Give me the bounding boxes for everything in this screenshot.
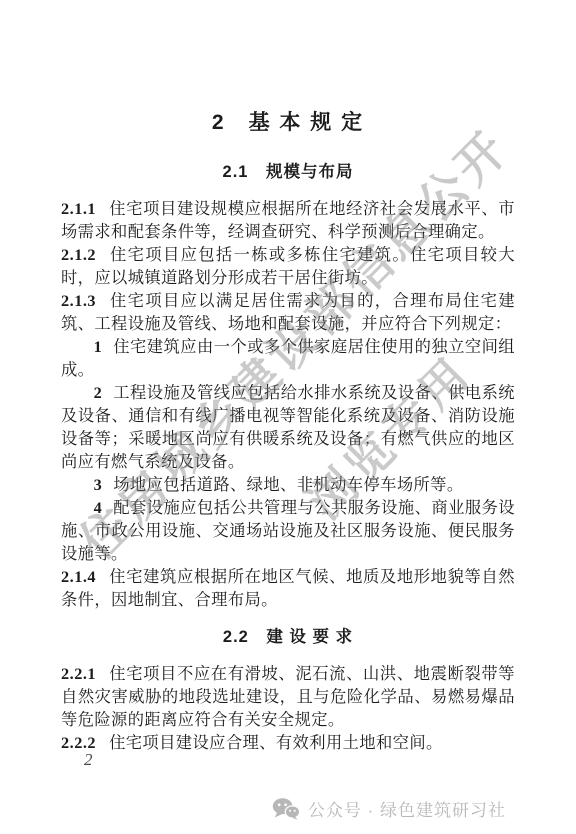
subitem-text: 配套设施应包括公共管理与公共服务设施、商业服务设施、市政公用设施、交通场站设施及… [61, 498, 515, 563]
subitem-text: 住宅建筑应由一个或多个供家庭居住使用的独立空间组成。 [61, 337, 515, 379]
clause-number: 2.1.3 [61, 291, 96, 310]
section-heading-2-1: 2.1 规模与布局 [61, 160, 515, 184]
subitem-text: 场地应包括道路、绿地、非机动车停车场所等。 [113, 475, 463, 494]
chapter-title: 2 基 本 规 定 [61, 108, 515, 138]
subitem-1: 1住宅建筑应由一个或多个供家庭居住使用的独立空间组成。 [61, 335, 515, 381]
clause-text: 住宅项目不应在有滑坡、泥石流、山洪、地震断裂带等自然灾害威胁的地段选址建设，且与… [61, 664, 515, 729]
clause-number: 2.1.2 [61, 245, 96, 264]
document-page: 住房城乡建设部信息公开 浏览专用 2 基 本 规 定 2.1 规模与布局 2.1… [0, 0, 576, 834]
clause-2-1-3: 2.1.3住宅项目应以满足居住需求为目的，合理布局住宅建筑、工程设施及管线、场地… [61, 289, 515, 335]
wechat-icon [272, 797, 300, 820]
subitem-2: 2工程设施及管线应包括给水排水系统及设备、供电系统及设备、通信和有线广播电视等智… [61, 381, 515, 473]
subitem-number: 3 [94, 475, 103, 494]
clause-text: 住宅项目建设应合理、有效利用土地和空间。 [109, 733, 443, 752]
document-content: 2 基 本 规 定 2.1 规模与布局 2.1.1住宅项目建设规模应根据所在地经… [61, 108, 515, 754]
subitem-text: 工程设施及管线应包括给水排水系统及设备、供电系统及设备、通信和有线广播电视等智能… [61, 383, 515, 471]
subitem-number: 1 [94, 337, 103, 356]
clause-text: 住宅项目应包括一栋或多栋住宅建筑。住宅项目较大时，应以城镇道路划分形成若干居住街… [61, 245, 515, 287]
clause-2-1-1: 2.1.1住宅项目建设规模应根据所在地经济社会发展水平、市场需求和配套条件等，经… [61, 197, 515, 243]
subitem-number: 2 [94, 383, 103, 402]
section-heading-2-2: 2.2 建 设 要 求 [61, 625, 515, 649]
page-number: 2 [84, 750, 93, 770]
clause-number: 2.1.4 [61, 567, 96, 586]
clause-text: 住宅建筑应根据所在地区气候、地质及地形地貌等自然条件，因地制宜、合理布局。 [61, 567, 515, 609]
clause-2-2-1: 2.2.1住宅项目不应在有滑坡、泥石流、山洪、地震断裂带等自然灾害威胁的地段选址… [61, 662, 515, 731]
subitem-number: 4 [94, 498, 103, 517]
footer-account-text: 公众号 · 绿色建筑研习社 [308, 796, 506, 821]
clause-number: 2.2.1 [61, 664, 96, 683]
clause-2-1-2: 2.1.2住宅项目应包括一栋或多栋住宅建筑。住宅项目较大时，应以城镇道路划分形成… [61, 243, 515, 289]
clause-text: 住宅项目应以满足居住需求为目的，合理布局住宅建筑、工程设施及管线、场地和配套设施… [61, 291, 515, 333]
clause-number: 2.1.1 [61, 199, 96, 218]
clause-2-1-4: 2.1.4住宅建筑应根据所在地区气候、地质及地形地貌等自然条件，因地制宜、合理布… [61, 565, 515, 611]
clause-2-2-2: 2.2.2住宅项目建设应合理、有效利用土地和空间。 [61, 731, 515, 754]
clause-text: 住宅项目建设规模应根据所在地经济社会发展水平、市场需求和配套条件等，经调查研究、… [61, 199, 515, 241]
subitem-4: 4配套设施应包括公共管理与公共服务设施、商业服务设施、市政公用设施、交通场站设施… [61, 496, 515, 565]
subitem-3: 3场地应包括道路、绿地、非机动车停车场所等。 [61, 473, 515, 496]
footer-credit: 公众号 · 绿色建筑研习社 [272, 796, 506, 821]
